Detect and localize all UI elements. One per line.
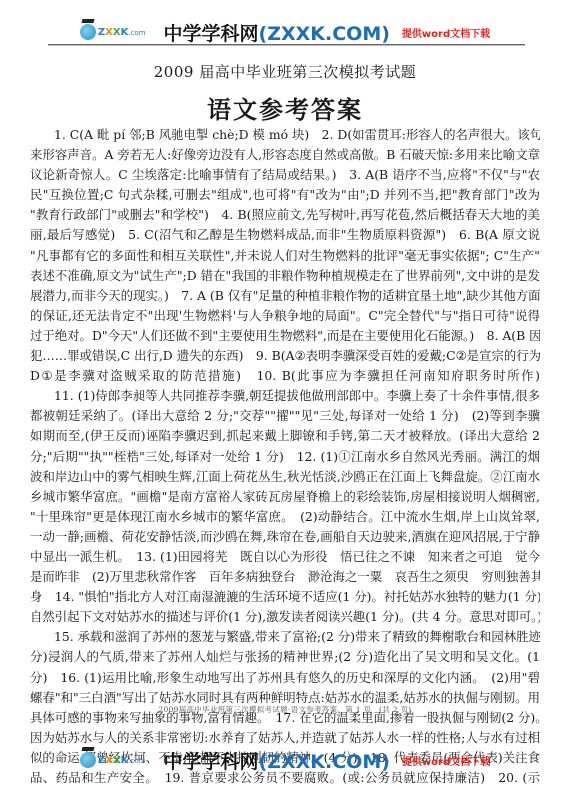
- site-name: 中学学科网(ZXXK.COM): [164, 19, 390, 46]
- answer-line: 丽,最后写感觉) 5. C(沼气和乙醇是生物燃料成品,而非"生物质原料资源") …: [30, 225, 540, 245]
- answer-line: 乡城市繁华富庶。"画檐"是南方富裕人家砖瓦房屋脊檐上的彩绘装饰,房屋相接说明人烟…: [30, 487, 540, 507]
- download-note: 提供word文档下载: [402, 25, 490, 40]
- graduate-mascot-icon: [80, 752, 96, 768]
- answer-line: 自然引起下文对姑苏水的描述与评价(1 分),激发读者阅读兴趣(1 分)。(共 4…: [30, 607, 540, 627]
- answer-line: 身 14. "惧怕"指北方人对江南湿漉漉的生活环境不适应(1 分)。衬托姑苏水独…: [30, 587, 540, 607]
- answer-line: 的保证,还无法肯定不"出现'生物燃料'与人争粮争地的局面"。C"完全替代"与"指…: [30, 306, 540, 326]
- logo-wordmark: ZXXK.com: [98, 755, 146, 766]
- footer-banner: ZXXK.com 中学学科网(ZXXK.COM) 提供word文档下载: [0, 742, 570, 778]
- answer-line: 一动一静;画檐、荷花安静恬淡,而沙鸥在舞,珠帘在卷,画船自天边驶来,酒旗在迎风招…: [30, 527, 540, 547]
- answer-line: 过于绝对。D"今天"人们还做不到"主要使用生物燃料",而是在主要使用化石能源。)…: [30, 326, 540, 346]
- answer-line: 犯……罪或错误,C 出行,D 遗失的东西) 9. B(A②表明李骥深受百姓的爱戴…: [30, 346, 540, 366]
- answer-line: 议论新奇惊人。C 尘埃落定:比喻事情有了结局或结果。) 3. A(B 语序不当,…: [30, 165, 540, 185]
- answer-line: 15. 承载和滋润了苏州的葱茏与繁盛,带来了富裕;(2 分)带来了精致的舞榭歌台…: [30, 627, 540, 647]
- answer-line: 分) 16. (1)运用比喻,形象生动地写出了苏州具有悠久的历史和深厚的文化内涵…: [30, 668, 540, 688]
- answer-line: "教育行政部门"或删去"和学校") 4. B(照应前文,先写树叶,再写花苞,然后…: [30, 205, 540, 225]
- site-domain: (ZXXK.COM): [259, 751, 390, 773]
- answer-line: 分;"后期""执""桎梏"三处,每译对一处给 1 分) 12. (1)①江南水乡…: [30, 447, 540, 467]
- page-footer-note: 2009届高中毕业班第三次模拟考试题·语文参考答案 第 1 页 (共 2 页): [0, 704, 570, 715]
- answer-line: 波和岸边山中的雾气相映生辉,江面上荷花丛生,秋光恬淡,沙鸥正在江面上飞舞盘旋。②…: [30, 467, 540, 487]
- answer-line: 11. (1)侍郎李昶等人共同推荐李骥,朝廷提拔他做刑部郎中。李骥上奏了十余件事…: [30, 386, 540, 406]
- exam-title: 2009 届高中毕业班第三次模拟考试题: [0, 61, 570, 82]
- answer-line: 都被朝廷采纳了。(译出大意给 2 分;"交荐""擢""见"三处,每译对一处给 1…: [30, 406, 540, 426]
- header-divider: [48, 44, 525, 45]
- answer-line: D①是李骥对盗贼采取的防范措施) 10. B(此事应为李骥担任河南知府职务时所作…: [30, 366, 540, 386]
- answer-line: 1. C(A 毗 pí 邻;B 风驰电掣 chè;D 模 mó 块) 2. D(…: [30, 125, 540, 145]
- answer-line: 是而昨非 (2)万里悲秋常作客 百年多病独登台 渺沧海之一粟 哀吾生之须臾 穷则…: [30, 567, 540, 587]
- answer-line: "十里珠帘"更是体现江南水乡城市的繁华富庶。 (2)动静结合。江中流水生烟,岸上…: [30, 507, 540, 527]
- answer-line: 如期而至,(伊王反而)诬陷李骥迟到,抓起来戴上脚镣和手铐,第二天才被释放。(译出…: [30, 426, 540, 446]
- answer-line: 中显出一派生机。 13. (1)田园将芜 既自以心为形役 悟已往之不谏 知来者之…: [30, 547, 540, 567]
- answer-line: 表述不准确,原文为"试生产";D 错在"我国的非粮作物种植规模走在了世界前列",…: [30, 266, 540, 286]
- logo-wordmark: ZXXK.com: [98, 27, 146, 38]
- document-title: 语文参考答案: [0, 90, 570, 125]
- answer-line: 民"互换位置;C 句式杂糅,可删去"组成",也可将"有"改为"由";D 并列不当…: [30, 185, 540, 205]
- download-note: 提供word文档下载: [402, 753, 490, 768]
- site-name: 中学学科网(ZXXK.COM): [164, 747, 390, 774]
- site-domain: (ZXXK.COM): [259, 23, 390, 45]
- answer-line: 来形容声音。A 旁若无人:好像旁边没有人,形容态度自然或高傲。B 石破天惊:多用…: [30, 145, 540, 165]
- answer-line: 展潜力,而非今天的现实。) 7. A (B 仅有"足量的种植非粮作物的适耕宜垦土…: [30, 286, 540, 306]
- answer-line: "凡事都有它的多面性和相互关联性",并未说人们对生物燃料的批评"毫无事实依据";…: [30, 246, 540, 266]
- zxxk-logo: ZXXK.com: [80, 24, 146, 40]
- graduate-mascot-icon: [80, 24, 96, 40]
- answer-line: 分)浸润人的气质,带来了苏州人灿烂与张扬的精神世界;(2 分)造化出了吴文明和吴…: [30, 647, 540, 667]
- answer-body: 1. C(A 毗 pí 邻;B 风驰电掣 chè;D 模 mó 块) 2. D(…: [30, 125, 540, 788]
- zxxk-logo: ZXXK.com: [80, 752, 146, 768]
